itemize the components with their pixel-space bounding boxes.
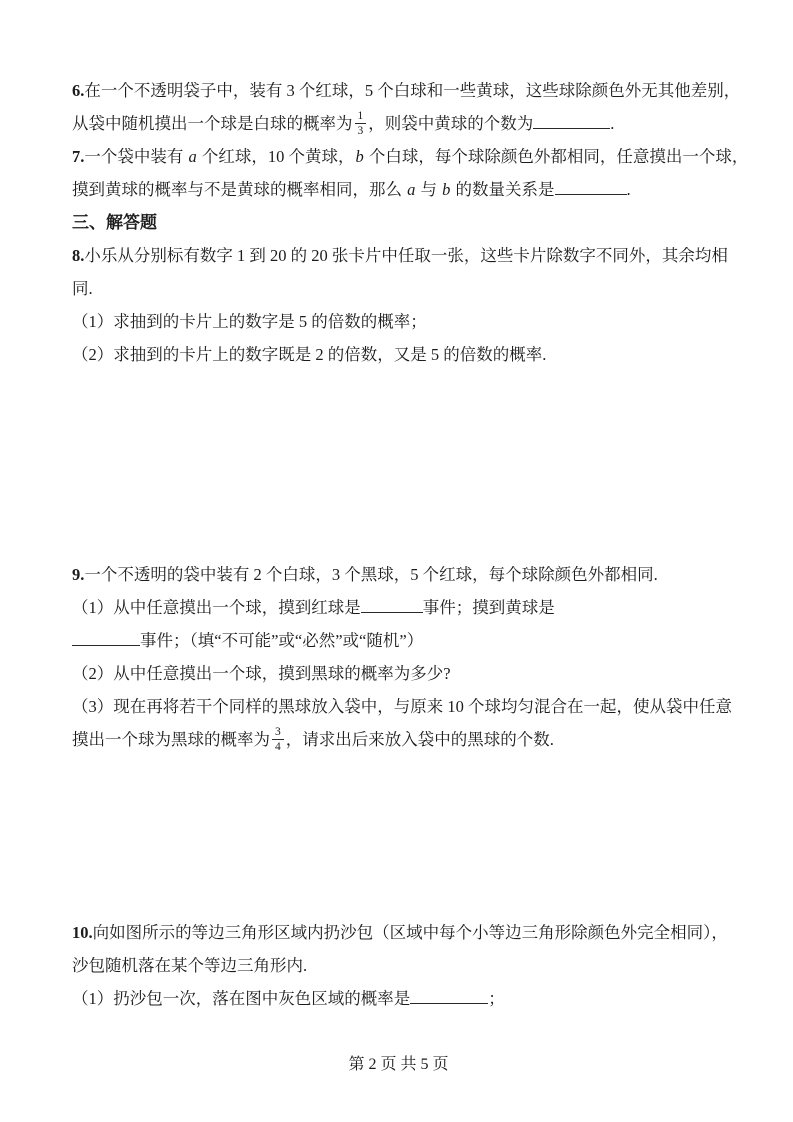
question-8-number: 8. [72,246,84,265]
question-9-part-3-text-1: 摸出一个球为黑球的概率为 [72,730,270,749]
math-variable-a: a [406,180,416,199]
fraction-denominator: 4 [275,740,281,753]
question-9-part-1-text-1: （1）从中任意摸出一个球，摸到红球是 [72,598,361,617]
question-9-part-3-text-2: ，请求出后来放入袋中的黑球的个数. [286,730,554,749]
question-8-text-1: 小乐从分别标有数字 1 到 20 的 20 张卡片中任取一张，这些卡片除数字不同… [84,246,728,265]
question-7-line-2: 摸到黄球的概率与不是黄球的概率相同，那么 a 与 b 的数量关系是. [72,173,725,206]
question-9-part-3-line-1: （3）现在再将若干个同样的黑球放入袋中，与原来 10 个球均匀混合在一起，使从袋… [72,690,725,723]
document-page: 6.在一个不透明袋子中，装有 3 个红球，5 个白球和一些黄球，这些球除颜色外无… [0,0,793,1122]
question-7-text-7: . [627,180,631,199]
section-heading: 三、解答题 [72,206,725,239]
question-10-number: 10. [72,923,93,942]
question-10-part-1-text: （1）扔沙包一次，落在图中灰色区域的概率是 [72,989,410,1008]
question-10-line-2: 沙包随机落在某个等边三角形内. [72,949,725,982]
question-7-number: 7. [72,147,84,166]
question-9-part-1-text-2: 事件；摸到黄球是 [423,598,555,617]
question-6-text-4: . [610,114,614,133]
question-7-text-5: 与 [416,180,441,199]
question-9-part-3-line-2: 摸出一个球为黑球的概率为34，请求出后来放入袋中的黑球的个数. [72,723,725,756]
question-7-text-3: 个白球，每个球除颜色外都相同，任意摸出一个球， [365,147,749,166]
question-7-text-1: 一个袋中装有 [84,147,187,166]
question-6-text-1: 在一个不透明袋子中，装有 3 个红球，5 个白球和一些黄球，这些球除颜色外无其他… [84,81,740,100]
fraction-numerator: 1 [355,110,367,124]
question-6-text-3: ，则袋中黄球的个数为 [368,114,533,133]
math-variable-a: a [188,147,198,166]
answer-space [72,371,725,558]
question-9-part-1-line-1: （1）从中任意摸出一个球，摸到红球是事件；摸到黄球是 [72,591,725,624]
question-9-part-2: （2）从中任意摸出一个球，摸到黑球的概率为多少? [72,657,725,690]
fraction-numerator: 3 [272,726,284,740]
answer-blank [361,596,423,613]
question-9-text-1: 一个不透明的袋中装有 2 个白球，3 个黑球，5 个红球，每个球除颜色外都相同. [84,565,657,584]
question-9-part-1-line-2: 事件；（填“不可能”或“必然”或“随机”） [72,624,725,657]
question-8-part-1: （1）求抽到的卡片上的数字是 5 的倍数的概率； [72,305,725,338]
question-6-line-1: 6.在一个不透明袋子中，装有 3 个红球，5 个白球和一些黄球，这些球除颜色外无… [72,74,725,107]
question-7-text-4: 摸到黄球的概率与不是黄球的概率相同，那么 [72,180,406,199]
question-10-part-1: （1）扔沙包一次，落在图中灰色区域的概率是； [72,982,725,1015]
fraction-three-fourths: 34 [272,726,284,753]
question-8-line-1: 8.小乐从分别标有数字 1 到 20 的 20 张卡片中任取一张，这些卡片除数字… [72,239,725,272]
page-footer: 第 2 页 共 5 页 [72,1048,725,1081]
question-8-line-2: 同. [72,272,725,305]
question-6-line-2: 从袋中随机摸出一个球是白球的概率为13，则袋中黄球的个数为. [72,107,725,140]
fraction-denominator: 3 [358,124,364,137]
question-6-text-2: 从袋中随机摸出一个球是白球的概率为 [72,114,353,133]
question-9-number: 9. [72,565,84,584]
answer-blank [555,178,627,195]
answer-space [72,756,725,916]
page-content: 6.在一个不透明袋子中，装有 3 个红球，5 个白球和一些黄球，这些球除颜色外无… [0,0,793,1081]
math-variable-b: b [441,180,451,199]
question-6-number: 6. [72,81,84,100]
question-7-line-1: 7.一个袋中装有 a 个红球，10 个黄球，b 个白球，每个球除颜色外都相同，任… [72,140,725,173]
answer-blank [72,629,140,646]
question-8-part-2: （2）求抽到的卡片上的数字既是 2 的倍数，又是 5 的倍数的概率. [72,338,725,371]
answer-blank [533,112,610,129]
question-10-line-1: 10.向如图所示的等边三角形区域内扔沙包（区域中每个小等边三角形除颜色外完全相同… [72,916,725,949]
answer-blank [410,987,488,1004]
question-10-part-1-end: ； [488,989,505,1008]
fraction-one-third: 13 [355,110,367,137]
question-10-text-1: 向如图所示的等边三角形区域内扔沙包（区域中每个小等边三角形除颜色外完全相同）， [93,923,728,942]
question-7-text-6: 的数量关系是 [451,180,554,199]
question-7-text-2: 个红球，10 个黄球， [198,147,355,166]
question-9-line-1: 9.一个不透明的袋中装有 2 个白球，3 个黑球，5 个红球，每个球除颜色外都相… [72,558,725,591]
question-9-part-1-text-3: 事件；（填“不可能”或“必然”或“随机”） [140,631,423,650]
math-variable-b: b [355,147,365,166]
